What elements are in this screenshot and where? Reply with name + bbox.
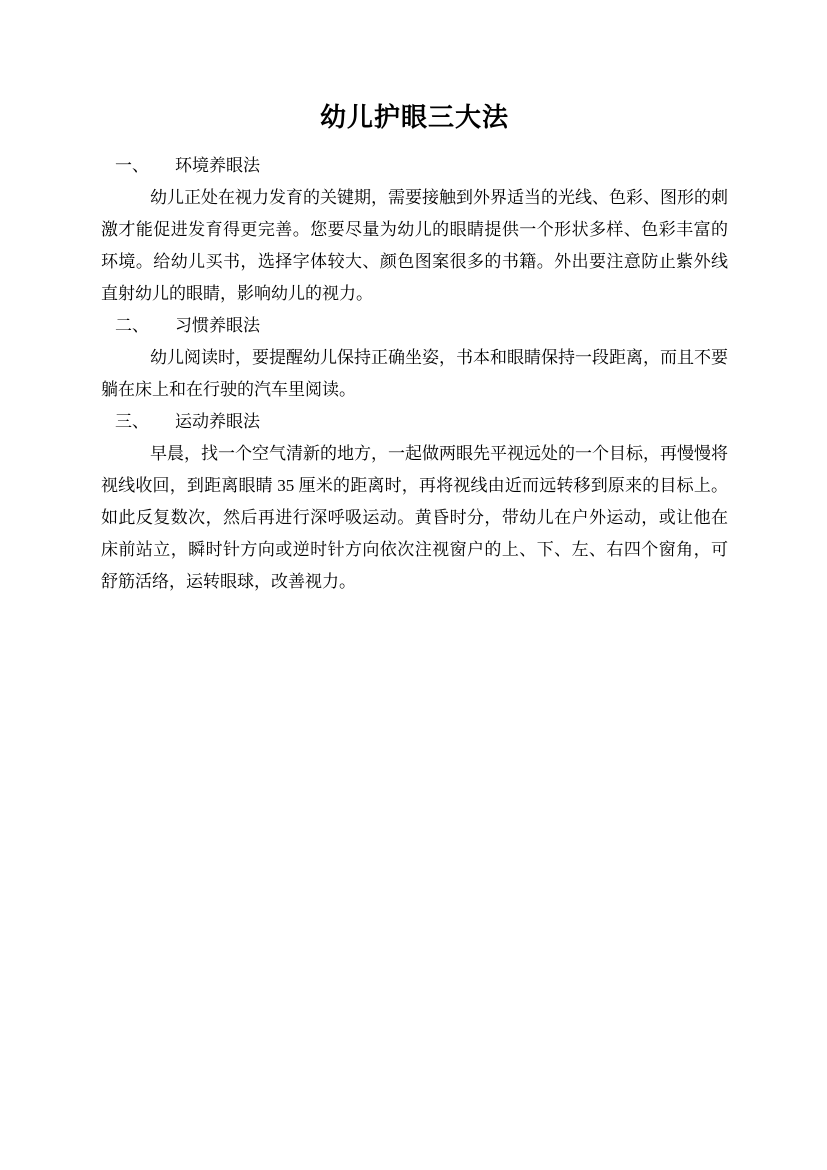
section-heading: 二、习惯养眼法 [101, 310, 728, 342]
section-heading: 三、运动养眼法 [101, 406, 728, 438]
document-page: 幼儿护眼三大法 一、环境养眼法 幼儿正处在视力发育的关键期，需要接触到外界适当的… [0, 0, 827, 1170]
document-title: 幼儿护眼三大法 [101, 96, 728, 140]
section-heading-label: 习惯养眼法 [175, 316, 260, 335]
section-paragraph: 幼儿阅读时，要提醒幼儿保持正确坐姿，书本和眼睛保持一段距离，而且不要躺在床上和在… [101, 342, 728, 406]
section-habit: 二、习惯养眼法 幼儿阅读时，要提醒幼儿保持正确坐姿，书本和眼睛保持一段距离，而且… [101, 310, 728, 406]
section-heading: 一、环境养眼法 [101, 150, 728, 182]
section-heading-label: 运动养眼法 [175, 412, 260, 431]
section-paragraph: 早晨，找一个空气清新的地方，一起做两眼先平视远处的一个目标，再慢慢将视线收回，到… [101, 438, 728, 598]
section-heading-label: 环境养眼法 [175, 156, 260, 175]
section-environment: 一、环境养眼法 幼儿正处在视力发育的关键期，需要接触到外界适当的光线、色彩、图形… [101, 150, 728, 310]
section-number: 一、 [115, 150, 175, 182]
section-number: 二、 [115, 310, 175, 342]
section-exercise: 三、运动养眼法 早晨，找一个空气清新的地方，一起做两眼先平视远处的一个目标，再慢… [101, 406, 728, 598]
section-number: 三、 [115, 406, 175, 438]
section-paragraph: 幼儿正处在视力发育的关键期，需要接触到外界适当的光线、色彩、图形的刺激才能促进发… [101, 182, 728, 310]
